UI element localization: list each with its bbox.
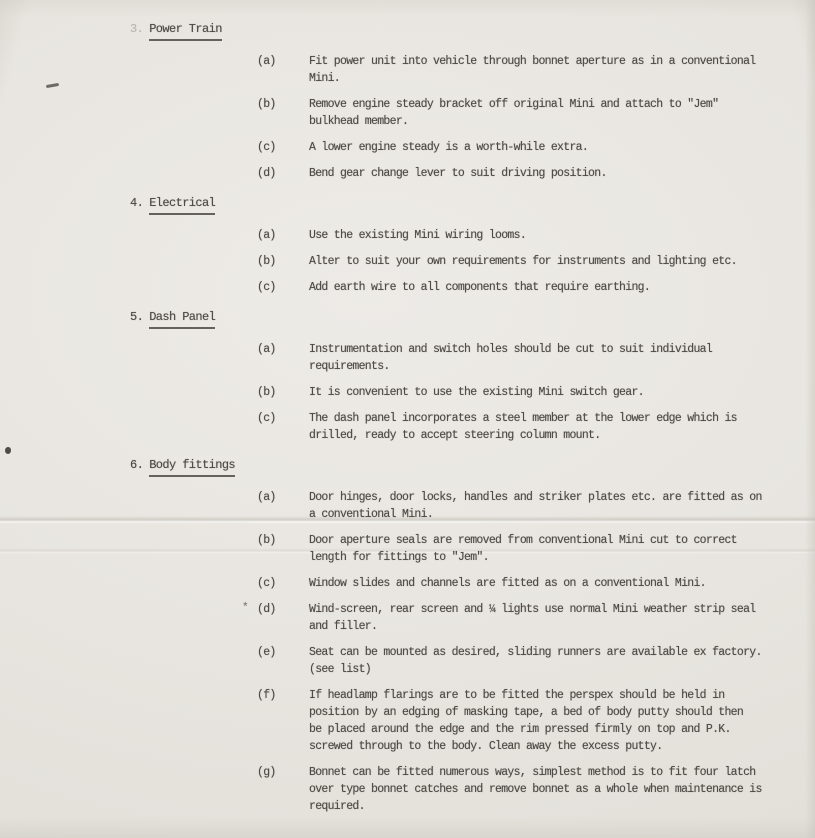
section-dash-panel: 5.Dash Panel (a) Instrumentation and swi… <box>130 308 815 444</box>
list-item: (c) The dash panel incorporates a steel … <box>257 410 815 444</box>
item-label: (g) <box>257 764 309 815</box>
item-label: (b) <box>257 384 309 401</box>
section-items: (a) Fit power unit into vehicle through … <box>257 53 815 182</box>
item-label: (b) <box>257 532 309 566</box>
list-item: (a) Use the existing Mini wiring looms. <box>257 227 815 244</box>
item-text: Door aperture seals are removed from con… <box>309 532 795 566</box>
item-text: Remove engine steady bracket off origina… <box>309 96 795 130</box>
item-text: A lower engine steady is a worth-while e… <box>309 139 795 156</box>
item-text: Door hinges, door locks, handles and str… <box>309 489 795 523</box>
list-item: (c) A lower engine steady is a worth-whi… <box>257 139 815 156</box>
list-item: (a) Instrumentation and switch holes sho… <box>257 341 815 375</box>
section-number: 6. <box>130 456 143 474</box>
item-label: (f) <box>257 687 309 755</box>
item-text: Fit power unit into vehicle through bonn… <box>309 53 795 87</box>
item-label: (c) <box>257 575 309 592</box>
item-label: (c) <box>257 139 309 156</box>
item-label: (d) <box>257 601 309 635</box>
item-text: Alter to suit your own requirements for … <box>309 253 795 270</box>
section-title: Dash Panel <box>149 308 215 329</box>
list-item: (a) Fit power unit into vehicle through … <box>257 53 815 87</box>
item-text: The dash panel incorporates a steel memb… <box>309 410 795 444</box>
list-item: (b) Door aperture seals are removed from… <box>257 532 815 566</box>
section-number: 5. <box>130 308 143 326</box>
item-text: Seat can be mounted as desired, sliding … <box>309 644 795 678</box>
list-item: * (d) Wind-screen, rear screen and ¼ lig… <box>257 601 815 635</box>
ink-dot-mark <box>5 447 11 454</box>
item-text: It is convenient to use the existing Min… <box>309 384 795 401</box>
item-label: (b) <box>257 253 309 270</box>
section-title: Body fittings <box>149 456 235 477</box>
list-item: (e) Seat can be mounted as desired, slid… <box>257 644 815 678</box>
section-electrical: 4.Electrical (a) Use the existing Mini w… <box>130 194 815 296</box>
item-text: Window slides and channels are fitted as… <box>309 575 795 592</box>
item-label: (d) <box>257 165 309 182</box>
item-label: (a) <box>257 341 309 375</box>
list-item: (a) Door hinges, door locks, handles and… <box>257 489 815 523</box>
item-label: (b) <box>257 96 309 130</box>
item-label: (a) <box>257 489 309 523</box>
list-item: (c) Window slides and channels are fitte… <box>257 575 815 592</box>
section-number: 3. <box>130 20 143 38</box>
item-label: (c) <box>257 279 309 296</box>
section-heading: 4.Electrical <box>130 194 815 215</box>
list-item: (b) Remove engine steady bracket off ori… <box>257 96 815 130</box>
item-text: Wind-screen, rear screen and ¼ lights us… <box>309 601 795 635</box>
list-item: (f) If headlamp flarings are to be fitte… <box>257 687 815 755</box>
item-text: Add earth wire to all components that re… <box>309 279 795 296</box>
list-item: (b) It is convenient to use the existing… <box>257 384 815 401</box>
section-items: (a) Door hinges, door locks, handles and… <box>257 489 815 815</box>
section-number: 4. <box>130 194 143 212</box>
section-title: Power Train <box>149 20 222 41</box>
section-items: (a) Use the existing Mini wiring looms. … <box>257 227 815 296</box>
item-label: (c) <box>257 410 309 444</box>
item-text: Bonnet can be fitted numerous ways, simp… <box>309 764 795 815</box>
section-items: (a) Instrumentation and switch holes sho… <box>257 341 815 444</box>
item-text: Bend gear change lever to suit driving p… <box>309 165 795 182</box>
item-label: (e) <box>257 644 309 678</box>
section-heading: 5.Dash Panel <box>130 308 815 329</box>
scanned-document-page: { "document": { "kind": "typewritten-ins… <box>0 0 815 838</box>
list-item: (c) Add earth wire to all components tha… <box>257 279 815 296</box>
list-item: (b) Alter to suit your own requirements … <box>257 253 815 270</box>
item-text: Use the existing Mini wiring looms. <box>309 227 795 244</box>
section-heading: 6.Body fittings <box>130 456 815 477</box>
list-item: (d) Bend gear change lever to suit drivi… <box>257 165 815 182</box>
document-body: 3.Power Train (a) Fit power unit into ve… <box>0 0 815 838</box>
section-body-fittings: 6.Body fittings (a) Door hinges, door lo… <box>130 456 815 815</box>
item-text: If headlamp flarings are to be fitted th… <box>309 687 795 755</box>
item-text: Instrumentation and switch holes should … <box>309 341 795 375</box>
item-label: (a) <box>257 227 309 244</box>
section-title: Electrical <box>149 194 215 215</box>
handwritten-asterisk-mark: * <box>242 600 248 617</box>
item-label: (a) <box>257 53 309 87</box>
list-item: (g) Bonnet can be fitted numerous ways, … <box>257 764 815 815</box>
section-heading: 3.Power Train <box>130 20 815 41</box>
section-power-train: 3.Power Train (a) Fit power unit into ve… <box>130 20 815 182</box>
